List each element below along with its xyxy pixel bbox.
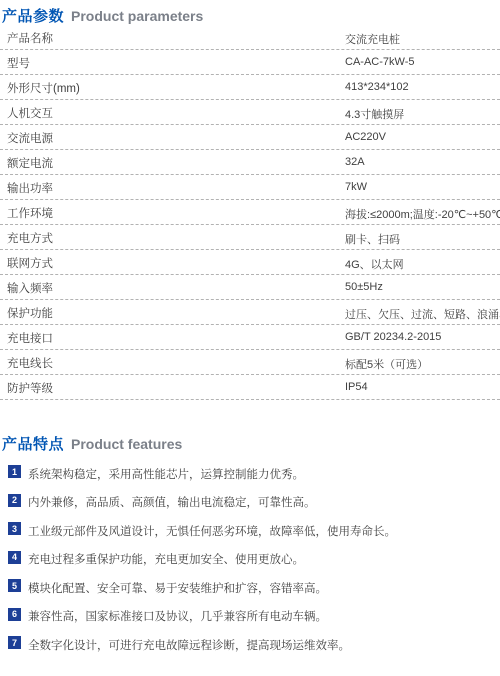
param-label: 人机交互 xyxy=(7,105,53,121)
list-item: 3 工业级元部件及风道设计，无惧任何恶劣环境，故障率低，使用寿命长。 xyxy=(0,522,500,551)
table-row: 充电接口 GB/T 20234.2-2015 xyxy=(0,325,500,350)
param-value: 海拔:≤2000m;温度:-20℃~+50℃ xyxy=(345,206,500,222)
list-item: 7 全数字化设计，可进行充电故障远程诊断，提高现场运维效率。 xyxy=(0,636,500,665)
param-label: 工作环境 xyxy=(7,205,53,221)
param-value: 32A xyxy=(345,156,365,168)
list-item: 4 充电过程多重保护功能，充电更加安全、使用更放心。 xyxy=(0,551,500,580)
feature-number-badge: 5 xyxy=(8,579,21,592)
param-label: 充电线长 xyxy=(7,355,53,371)
param-label: 额定电流 xyxy=(7,155,53,171)
feature-number-badge: 6 xyxy=(8,608,21,621)
features-section-header: 产品特点 Product features xyxy=(0,433,500,453)
param-label: 型号 xyxy=(7,55,30,71)
feature-number-badge: 2 xyxy=(8,494,21,507)
feature-list: 1 系统架构稳定，采用高性能芯片，运算控制能力优秀。 2 内外兼修，高品质、高颜… xyxy=(0,465,500,665)
parameters-title-cn: 产品参数 xyxy=(2,5,64,26)
feature-text: 兼容性高，国家标准接口及协议，几乎兼容所有电动车辆。 xyxy=(28,608,327,624)
table-row: 保护功能 过压、欠压、过流、短路、浪涌、漏电等 xyxy=(0,300,500,325)
page: 产品参数 Product parameters 产品名称 交流充电桩 型号 CA… xyxy=(0,0,500,665)
param-label: 输入频率 xyxy=(7,280,53,296)
table-row: 产品名称 交流充电桩 xyxy=(0,25,500,50)
table-row: 充电方式 刷卡、扫码 xyxy=(0,225,500,250)
table-row: 人机交互 4.3寸触摸屏 xyxy=(0,100,500,125)
list-item: 1 系统架构稳定，采用高性能芯片，运算控制能力优秀。 xyxy=(0,465,500,494)
param-label: 充电接口 xyxy=(7,330,53,346)
param-value: GB/T 20234.2-2015 xyxy=(345,331,441,343)
feature-text: 充电过程多重保护功能，充电更加安全、使用更放心。 xyxy=(28,551,304,567)
param-value: 交流充电桩 xyxy=(345,31,400,47)
list-item: 5 模块化配置、安全可靠、易于安装维护和扩容，容错率高。 xyxy=(0,579,500,608)
table-row: 额定电流 32A xyxy=(0,150,500,175)
param-value: 413*234*102 xyxy=(345,81,409,93)
feature-text: 模块化配置、安全可靠、易于安装维护和扩容，容错率高。 xyxy=(28,580,327,596)
feature-number-badge: 7 xyxy=(8,636,21,649)
table-row: 联网方式 4G、以太网 xyxy=(0,250,500,275)
feature-number-badge: 1 xyxy=(8,465,21,478)
param-value: 过压、欠压、过流、短路、浪涌、漏电等 xyxy=(345,306,500,322)
table-row: 工作环境 海拔:≤2000m;温度:-20℃~+50℃ xyxy=(0,200,500,225)
param-value: 刷卡、扫码 xyxy=(345,231,400,247)
param-label: 防护等级 xyxy=(7,380,53,396)
feature-text: 工业级元部件及风道设计，无惧任何恶劣环境，故障率低，使用寿命长。 xyxy=(28,523,396,539)
param-label: 输出功率 xyxy=(7,180,53,196)
param-label: 保护功能 xyxy=(7,305,53,321)
param-label: 外形尺寸(mm) xyxy=(7,80,80,96)
table-row: 输入频率 50±5Hz xyxy=(0,275,500,300)
param-label: 产品名称 xyxy=(7,30,53,46)
feature-text: 全数字化设计，可进行充电故障远程诊断，提高现场运维效率。 xyxy=(28,637,350,653)
list-item: 2 内外兼修，高品质、高颜值，输出电流稳定，可靠性高。 xyxy=(0,494,500,523)
param-value: AC220V xyxy=(345,131,386,143)
param-value: 50±5Hz xyxy=(345,281,383,293)
parameters-title-en: Product parameters xyxy=(71,8,203,24)
feature-number-badge: 4 xyxy=(8,551,21,564)
feature-text: 系统架构稳定，采用高性能芯片，运算控制能力优秀。 xyxy=(28,466,304,482)
param-label: 充电方式 xyxy=(7,230,53,246)
table-row: 输出功率 7kW xyxy=(0,175,500,200)
param-value: 标配5米（可选） xyxy=(345,356,428,372)
parameters-table: 产品名称 交流充电桩 型号 CA-AC-7kW-5 外形尺寸(mm) 413*2… xyxy=(0,25,500,400)
param-value: 4G、以太网 xyxy=(345,256,404,272)
list-item: 6 兼容性高，国家标准接口及协议，几乎兼容所有电动车辆。 xyxy=(0,608,500,637)
param-value: 7kW xyxy=(345,181,367,193)
feature-text: 内外兼修，高品质、高颜值，输出电流稳定，可靠性高。 xyxy=(28,494,316,510)
table-row: 充电线长 标配5米（可选） xyxy=(0,350,500,375)
param-value: IP54 xyxy=(345,381,368,393)
table-row: 交流电源 AC220V xyxy=(0,125,500,150)
param-value: CA-AC-7kW-5 xyxy=(345,56,414,68)
features-title-en: Product features xyxy=(71,436,182,452)
parameters-section-header: 产品参数 Product parameters xyxy=(0,0,500,20)
table-row: 防护等级 IP54 xyxy=(0,375,500,400)
param-label: 交流电源 xyxy=(7,130,53,146)
feature-number-badge: 3 xyxy=(8,522,21,535)
features-title-cn: 产品特点 xyxy=(2,433,64,454)
table-row: 型号 CA-AC-7kW-5 xyxy=(0,50,500,75)
param-label: 联网方式 xyxy=(7,255,53,271)
param-value: 4.3寸触摸屏 xyxy=(345,106,404,122)
table-row: 外形尺寸(mm) 413*234*102 xyxy=(0,75,500,100)
